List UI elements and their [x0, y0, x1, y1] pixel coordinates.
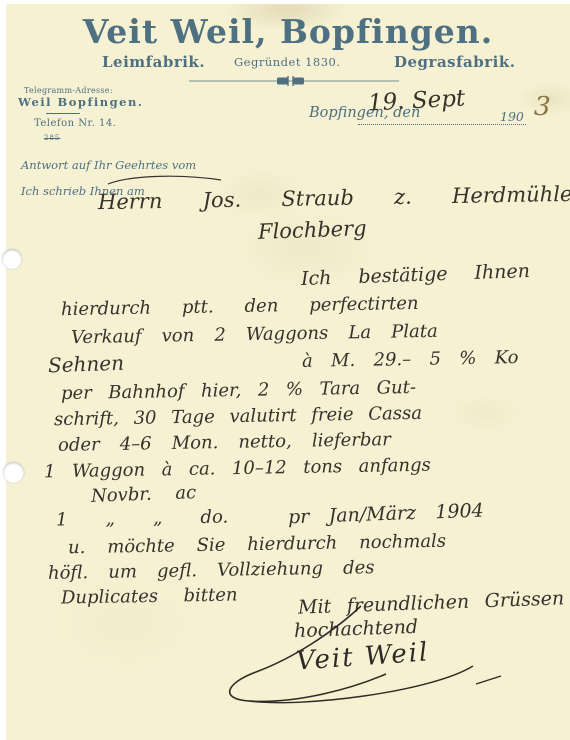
telegram-rule	[46, 113, 80, 114]
dateline-year-printed: 190	[500, 109, 524, 124]
recipient-town: Flochberg	[258, 216, 367, 244]
punch-hole-top	[2, 249, 22, 269]
ornament-divider-icon	[189, 72, 399, 91]
body-line: höfl. um gefl. Vollziehung des	[48, 557, 375, 584]
body-line: à M. 29.– 5 % Ko	[302, 347, 519, 372]
dateline-year-handwritten: 3	[533, 92, 551, 123]
company-name: Veit Weil, Bopfingen.	[6, 12, 570, 51]
body-line: oder 4–6 Mon. netto, lieferbar	[58, 429, 391, 456]
letter-page: Veit Weil, Bopfingen. Leimfabrik. Gegrün…	[6, 4, 570, 740]
telephone-number: Telefon Nr. 14.	[34, 118, 116, 129]
body-line: 1 „ „ do.	[56, 506, 229, 530]
telegram-address-name: Weil Bopfingen.	[18, 95, 143, 109]
body-line: pr Jan/März 1904	[288, 500, 484, 529]
product-right-label: Degrasfabrik.	[394, 53, 515, 71]
body-line: per Bahnhof hier, 2 % Tara Gut-	[61, 377, 416, 404]
body-line: Verkauf von 2 Waggons La Plata	[71, 321, 438, 348]
reply-reference-line: Antwort auf Ihr Geehrtes vom	[21, 158, 196, 172]
punch-hole-bottom	[3, 462, 24, 483]
body-line: 1 Waggon à ca. 10–12 tons anfangs	[44, 455, 431, 483]
signature-block: Veit Weil	[201, 604, 511, 709]
body-line: Ich bestätige Ihnen	[301, 260, 531, 290]
founded-label: Gegründet 1830.	[234, 55, 341, 69]
body-line: u. möchte Sie hierdurch nochmals	[68, 531, 446, 559]
body-line: Sehnen	[48, 351, 125, 378]
body-line: hierdurch ptt. den perfectirten	[61, 293, 419, 320]
body-line: schrift, 30 Tage valutirt freie Cassa	[54, 403, 422, 430]
body-line: Novbr. ac	[91, 482, 197, 507]
printer-mark: 285	[44, 134, 60, 142]
product-left-label: Leimfabrik.	[102, 53, 205, 71]
dateline-handwritten-date: 19. Sept	[367, 85, 465, 116]
telegram-address-label: Telegramm-Adresse:	[24, 86, 113, 95]
